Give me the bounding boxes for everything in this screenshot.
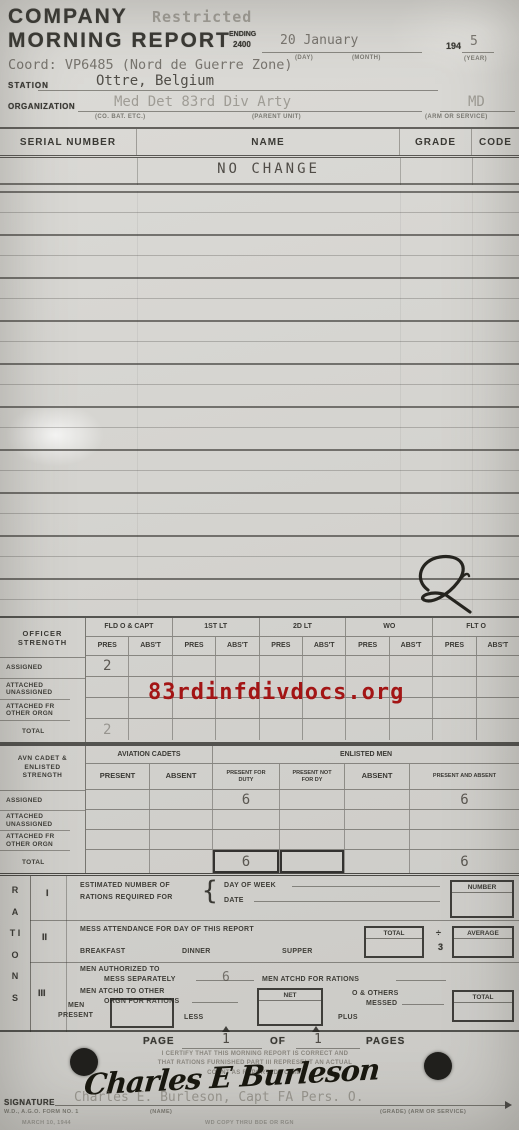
coordinates-line: Coord: VP6485 (Nord de Guerre Zone) xyxy=(8,57,292,73)
col-serial-number: SERIAL NUMBER xyxy=(0,129,137,155)
strength-value-cell xyxy=(260,719,303,740)
station-typed-value: Ottre, Belgium xyxy=(96,73,214,89)
strength-value-cell xyxy=(216,656,259,676)
enlisted-row-attached-unassigned xyxy=(86,810,519,830)
strength-value-cell xyxy=(173,656,216,676)
men-atchd-other-label: MEN ATCHD TO OTHER xyxy=(80,988,165,995)
mess-total-box: TOTAL xyxy=(364,926,424,958)
strength-value-cell xyxy=(260,656,303,676)
caption-unit: (CO. BAT. ETC.) xyxy=(95,114,146,120)
brace-glyph: { xyxy=(202,876,218,906)
year-printed: 194 xyxy=(446,41,461,51)
strength-value-cell xyxy=(433,677,476,697)
less-label: LESS xyxy=(184,1014,203,1021)
subcol-abst: ABS'T xyxy=(303,637,346,655)
rations-required-label: RATIONS REQUIRED FOR xyxy=(80,894,173,901)
strength-value-cell xyxy=(477,677,519,697)
year-underline xyxy=(462,38,494,53)
plus-label: PLUS xyxy=(338,1014,358,1021)
men-atchd-blank xyxy=(396,970,446,981)
organization-label: ORGANIZATION xyxy=(8,102,75,111)
mess-separately-label: MESS SEPARATELY xyxy=(104,976,176,983)
subcol-pres: PRES xyxy=(173,637,216,655)
strength-value-cell xyxy=(477,656,519,676)
col-name: NAME xyxy=(137,129,400,155)
site-watermark: 83rdinfdivdocs.org xyxy=(148,680,404,705)
enlisted-strength-title: AVN CADET & ENLISTED STRENGTH xyxy=(0,746,85,791)
enlisted-group-header: AVIATION CADETS ENLISTED MEN xyxy=(86,746,519,764)
enlisted-row-assigned: 6 6 xyxy=(86,790,519,810)
form-number: W.D., A.G.O. FORM NO. 1 xyxy=(4,1109,79,1115)
strength-value-cell xyxy=(303,656,346,676)
rations-row1-numeral: I xyxy=(46,888,49,898)
subcol-abst: ABS'T xyxy=(129,637,172,655)
caption-month: (MONTH) xyxy=(352,55,381,61)
strength-value-cell xyxy=(346,719,389,740)
rations-row-divider xyxy=(30,962,519,963)
caption-name: (NAME) xyxy=(150,1109,172,1115)
officer-strength-title: OFFICER STRENGTH xyxy=(0,618,85,658)
roster-entry-row: NO CHANGE xyxy=(0,158,519,185)
enlisted-row-total: 6 6 xyxy=(86,850,519,873)
officer-subheader: PRESABS'TPRESABS'TPRESABS'TPRESABS'TPRES… xyxy=(86,637,519,656)
subcol-abst: ABS'T xyxy=(216,637,259,655)
form-date: MARCH 10, 1944 xyxy=(22,1120,71,1126)
boxed-total-present-for-duty: 6 xyxy=(213,850,280,873)
service-underline: MD xyxy=(440,93,515,112)
strength-value-cell: 2 xyxy=(86,719,129,740)
number-box: NUMBER xyxy=(450,880,514,918)
form-title-company: COMPANY xyxy=(8,5,128,29)
subcol-pres: PRES xyxy=(86,637,129,655)
strength-value-cell xyxy=(129,719,172,740)
rations-rail-divider xyxy=(30,876,31,1032)
service-typed-value: MD xyxy=(468,94,485,110)
strength-value-cell xyxy=(433,719,476,740)
date-label: DATE xyxy=(224,897,244,904)
caption-arm-service: (ARM OR SERVICE) xyxy=(425,114,488,120)
strength-value-cell xyxy=(303,719,346,740)
signature-label: SIGNATURE xyxy=(4,1098,55,1107)
men-present-box xyxy=(110,998,174,1028)
routing-note: WD COPY THRU BDE OR RGN xyxy=(205,1120,294,1126)
enlisted-strength-table: AVN CADET & ENLISTED STRENGTH ASSIGNED A… xyxy=(0,744,519,876)
officer-grid: FLD O & CAPT 1ST LT 2D LT WO FLT O PRESA… xyxy=(86,618,519,740)
subcol-abst: ABS'T xyxy=(390,637,433,655)
divisor-three: 3 xyxy=(438,942,443,952)
strength-value-cell: 2 xyxy=(86,656,129,676)
messed-blank xyxy=(402,994,444,1005)
supper-label: SUPPER xyxy=(282,948,313,955)
handwritten-scribble-2 xyxy=(398,550,482,616)
present-label: PRESENT xyxy=(58,1012,93,1019)
page-number-value: 1 xyxy=(222,1032,230,1047)
average-box: AVERAGE xyxy=(452,926,514,958)
group-enlisted-men: ENLISTED MEN xyxy=(213,746,519,763)
row-label-total: TOTAL xyxy=(0,851,85,874)
men-atchd-for-rations-label: MEN ATCHD FOR RATIONS xyxy=(262,976,359,983)
strength-value-cell xyxy=(390,719,433,740)
subcol-pres: PRES xyxy=(260,637,303,655)
caption-day: (DAY) xyxy=(295,55,313,61)
mess-attendance-label: MESS ATTENDANCE FOR DAY OF THIS REPORT xyxy=(80,926,254,933)
ending-label: ENDING xyxy=(229,31,256,38)
pages-number-value: 1 xyxy=(314,1032,322,1047)
strength-value-cell xyxy=(216,719,259,740)
men-authorized-label: MEN AUTHORIZED TO xyxy=(80,966,160,973)
ending-time: 2400 xyxy=(233,40,251,49)
divide-sign: ÷ xyxy=(436,928,441,938)
date-blank xyxy=(254,891,440,902)
officer-row-total: 2 xyxy=(86,719,519,740)
row-label-assigned: ASSIGNED xyxy=(0,791,85,811)
breakfast-label: BREAKFAST xyxy=(80,948,125,955)
enlisted-subheader: PRESENT ABSENT PRESENT FOR DUTY PRESENT … xyxy=(86,764,519,790)
date-typed-value: 20 January xyxy=(280,33,358,48)
boxed-total-present-not-for-duty xyxy=(280,850,345,873)
strength-value-cell xyxy=(346,656,389,676)
col-code: CODE xyxy=(472,129,519,155)
subcol-pres: PRES xyxy=(433,637,476,655)
row-label-attached-unassigned: ATTACHED UNASSIGNED xyxy=(0,811,70,831)
rations-total-box: TOTAL xyxy=(452,990,514,1022)
organization-underline: Med Det 83rd Div Arty xyxy=(78,93,422,112)
rations-row-divider xyxy=(30,920,519,921)
signature-rule xyxy=(55,1105,505,1106)
rations-section: R A T I O N S I ESTIMATED NUMBER OF RATI… xyxy=(0,876,519,1032)
form-title-morning-report: MORNING REPORT xyxy=(8,29,231,53)
enlisted-row-attached-fr-other xyxy=(86,830,519,850)
roster-header-row: SERIAL NUMBER NAME GRADE CODE xyxy=(0,127,519,158)
strength-value-cell xyxy=(477,698,519,718)
net-box: NET xyxy=(257,988,323,1026)
arrow-mark xyxy=(505,1101,512,1109)
day-of-week-blank xyxy=(292,876,440,887)
strength-value-cell xyxy=(86,698,129,718)
q-and-others-label: O & OTHERS xyxy=(352,990,399,997)
men-label: MEN xyxy=(68,1002,84,1009)
punch-hole-right xyxy=(424,1052,452,1080)
row-label-attached-fr-other: ATTACHED FR OTHER ORGN xyxy=(0,831,70,851)
column-divider xyxy=(400,158,401,185)
officer-row-assigned: 2 xyxy=(86,656,519,677)
typed-six-value: 6 xyxy=(222,970,230,985)
page-number-blank: 1 xyxy=(182,1030,262,1049)
pages-number-blank: 1 xyxy=(296,1030,360,1049)
rations-row3-numeral: III xyxy=(38,988,46,998)
restricted-stamp: Restricted xyxy=(152,8,252,26)
page-label: PAGE xyxy=(143,1036,175,1047)
date-underline: 20 January xyxy=(262,30,422,53)
morning-report-scan: COMPANY Restricted MORNING REPORT ENDING… xyxy=(0,0,519,1130)
row-label-attached-unassigned: ATTACHED UNASSIGNED xyxy=(0,679,70,700)
enlisted-grid: AVIATION CADETS ENLISTED MEN PRESENT ABS… xyxy=(86,746,519,873)
column-divider xyxy=(137,191,138,615)
rations-numeral-divider xyxy=(66,876,67,1032)
organization-typed-value: Med Det 83rd Div Arty xyxy=(114,94,291,110)
officer-label-column: OFFICER STRENGTH ASSIGNED ATTACHED UNASS… xyxy=(0,618,86,742)
strength-value-cell xyxy=(129,656,172,676)
pages-label: PAGES xyxy=(366,1036,405,1047)
dinner-label: DINNER xyxy=(182,948,211,955)
row-label-total: TOTAL xyxy=(0,721,85,742)
strength-value-cell xyxy=(433,656,476,676)
no-change-entry: NO CHANGE xyxy=(137,161,400,177)
caption-parent-unit: (PARENT UNIT) xyxy=(252,114,301,120)
of-label: OF xyxy=(270,1036,286,1047)
day-of-week-label: DAY OF WEEK xyxy=(224,882,276,889)
typed-signature-name: Charles E. Burleson, Capt FA Pers. O. xyxy=(74,1090,364,1105)
orgn-rations-blank xyxy=(192,992,238,1003)
strength-value-cell xyxy=(173,719,216,740)
col-grade: GRADE xyxy=(400,129,472,155)
strength-value-cell xyxy=(86,677,129,697)
subcol-abst: ABS'T xyxy=(477,637,519,655)
strength-value-cell xyxy=(390,656,433,676)
row-label-attached-fr-other: ATTACHED FR OTHER ORGN xyxy=(0,700,70,721)
strength-value-cell xyxy=(477,719,519,740)
column-divider xyxy=(472,158,473,185)
enlisted-label-column: AVN CADET & ENLISTED STRENGTH ASSIGNED A… xyxy=(0,746,86,873)
caption-grade-service: (GRADE) (ARM OR SERVICE) xyxy=(380,1109,466,1115)
rations-vertical-label: R A T I O N S xyxy=(8,880,22,1009)
estimated-number-label: ESTIMATED NUMBER OF xyxy=(80,882,170,889)
messed-label: MESSED xyxy=(366,1000,397,1007)
rations-row2-numeral: II xyxy=(42,932,47,942)
officer-group-header: FLD O & CAPT 1ST LT 2D LT WO FLT O xyxy=(86,618,519,637)
subcol-pres: PRES xyxy=(346,637,389,655)
group-aviation-cadets: AVIATION CADETS xyxy=(86,746,213,763)
caption-year: (YEAR) xyxy=(464,56,487,62)
rations-rail-text: R A T I O N S xyxy=(8,880,22,1009)
station-underline: Ottre, Belgium xyxy=(38,72,438,91)
strength-value-cell xyxy=(433,698,476,718)
row-label-assigned: ASSIGNED xyxy=(0,658,85,679)
